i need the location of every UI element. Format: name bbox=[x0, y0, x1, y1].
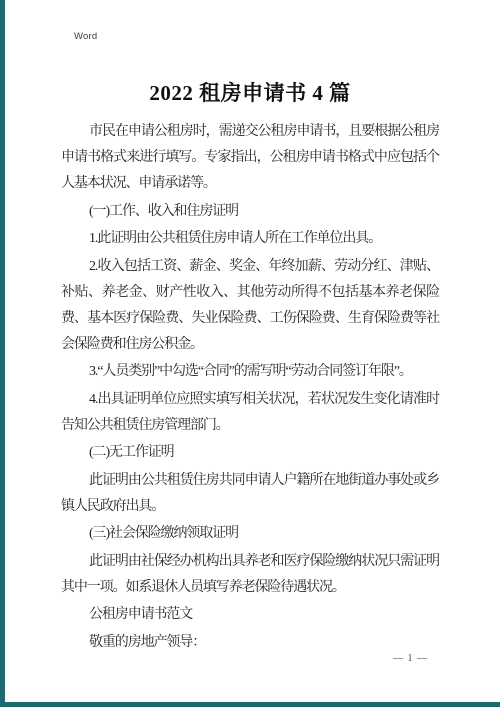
paragraph: (三)社会保险缴纳领取证明 bbox=[61, 521, 439, 547]
document-body: 市民在申请公租房时，需递交公租房申请书，且要根据公租房申请书格式来进行填写。专家… bbox=[61, 119, 439, 657]
paragraph: 敬重的房地产领导： bbox=[61, 630, 439, 656]
word-app-label: Word bbox=[74, 31, 97, 42]
paragraph: 2.收入包括工资、薪金、奖金、年终加薪、劳动分红、津贴、补贴、养老金、财产性收入… bbox=[61, 254, 439, 358]
paragraph: (二)无工作证明 bbox=[61, 440, 439, 466]
paragraph: 此证明由社保经办机构出具养老和医疗保险缴纳状况只需证明其中一项。如系退休人员填写… bbox=[61, 549, 439, 601]
paragraph: 此证明由公共租赁住房共同申请人户籍所在地街道办事处或乡镇人民政府出具。 bbox=[61, 468, 439, 520]
paragraph: 3.“人员类别”中勾选“合同”的需写明“劳动合同签订年限”。 bbox=[61, 359, 439, 385]
paragraph: 1.此证明由公共租赁住房申请人所在工作单位出具。 bbox=[61, 226, 439, 252]
page-border-bottom bbox=[0, 702, 500, 707]
paragraph: 4.出具证明单位应照实填写相关状况，若状况发生变化请准时告知公共租赁住房管理部门… bbox=[61, 387, 439, 439]
document-page: { "theme": { "border_color": "#1d6b70", … bbox=[0, 0, 500, 707]
page-number: — 1 — bbox=[393, 653, 428, 664]
page-title: 2022 租房申请书 4 篇 bbox=[0, 77, 500, 107]
paragraph: (一)工作、收入和住房证明 bbox=[61, 199, 439, 225]
paragraph: 公租房申请书范文 bbox=[61, 602, 439, 628]
paragraph: 市民在申请公租房时，需递交公租房申请书，且要根据公租房申请书格式来进行填写。专家… bbox=[61, 119, 439, 197]
